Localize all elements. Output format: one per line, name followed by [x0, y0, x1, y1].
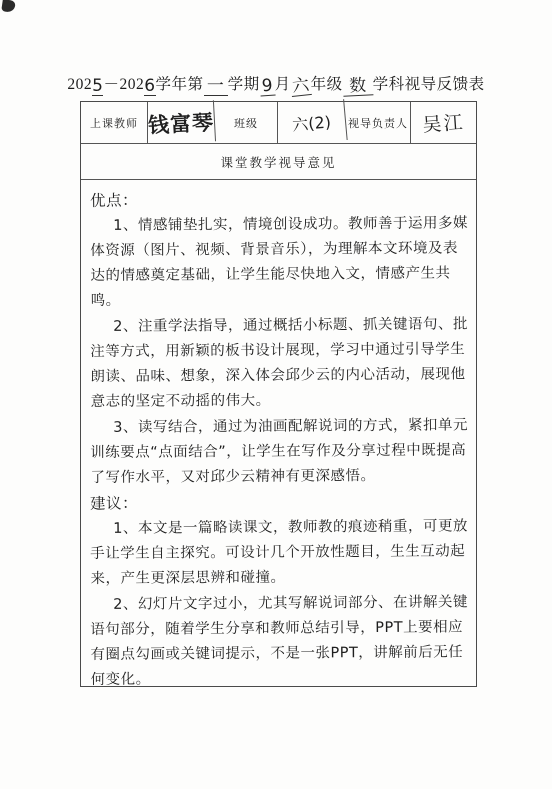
scanned-feedback-form-page: 2025－2026学年第一学期9月六年级数学科视导反馈表 上课教师 钱富琴 班级… — [0, 0, 552, 789]
suggestions-label: 建议： — [90, 485, 468, 517]
info-row: 上课教师 钱富琴 班级 六(2) 视导负责人 吴江 — [81, 102, 476, 144]
title-segment: － — [103, 76, 119, 93]
title-fill-subject: 数 — [342, 77, 373, 97]
section-header-row: 课堂教学视导意见 — [81, 144, 476, 180]
title-segment: 月 — [275, 76, 291, 93]
title-segment: 202 — [67, 76, 92, 93]
title-fill-end-year: 6 — [144, 78, 155, 96]
class-label-cell: 班级 — [215, 102, 278, 143]
supervisor-label-cell: 视导负责人 — [346, 102, 411, 143]
class-value: 六(2) — [276, 99, 347, 146]
title-segment: 学期 — [228, 76, 260, 93]
form-table: 上课教师 钱富琴 班级 六(2) 视导负责人 吴江 课堂教学视导意见 优点： 1… — [80, 101, 477, 687]
strength-item: 1、情感铺垫扎实，情境创设成功。教师善于运用多媒体资源（图片、视频、背景音乐），… — [90, 211, 469, 314]
form-title: 2025－2026学年第一学期9月六年级数学科视导反馈表 — [0, 72, 552, 96]
title-segment: 学年第 — [156, 76, 204, 93]
strength-item: 3、读写结合，通过为油画配解说词的方式，紧扣单元训练要点“点面结合”，让学生在写… — [90, 413, 469, 491]
title-fill-term: 一 — [204, 78, 228, 96]
title-fill-grade: 六 — [290, 77, 312, 97]
title-fill-start-year: 5 — [92, 78, 103, 96]
teacher-name-value: 钱富琴 — [147, 100, 216, 144]
handwritten-opinion-text: 优点： 1、情感铺垫扎实，情境创设成功。教师善于运用多媒体资源（图片、视频、背景… — [90, 189, 468, 693]
title-segment: 202 — [119, 76, 144, 93]
strengths-label: 优点： — [90, 182, 468, 214]
opinion-body-cell: 优点： 1、情感铺垫扎实，情境创设成功。教师善于运用多媒体资源（图片、视频、背景… — [81, 180, 476, 694]
opinion-body-row: 优点： 1、情感铺垫扎实，情境创设成功。教师善于运用多媒体资源（图片、视频、背景… — [81, 180, 476, 694]
teacher-label-cell: 上课教师 — [81, 102, 148, 143]
supervisor-name-value: 吴江 — [410, 100, 478, 145]
section-header-title: 课堂教学视导意见 — [81, 144, 476, 179]
suggestion-item: 2、幻灯片文字过小，尤其写解说词部分、在讲解关键语句部分，随着学生分享和教师总结… — [90, 590, 469, 693]
title-segment: 年级 — [311, 76, 343, 93]
title-segment: 学科视导反馈表 — [373, 76, 485, 93]
strength-item: 2、注重学法指导，通过概括小标题、抓关键语句、批注等方式，用新颖的板书设计展现，… — [90, 312, 469, 415]
title-fill-month: 9 — [259, 77, 275, 96]
suggestion-item: 1、本文是一篇略读课文，教师教的痕迹稍重，可更放手让学生自主探究。可设计几个开放… — [90, 514, 469, 592]
scan-artifact-mark — [1, 0, 16, 13]
